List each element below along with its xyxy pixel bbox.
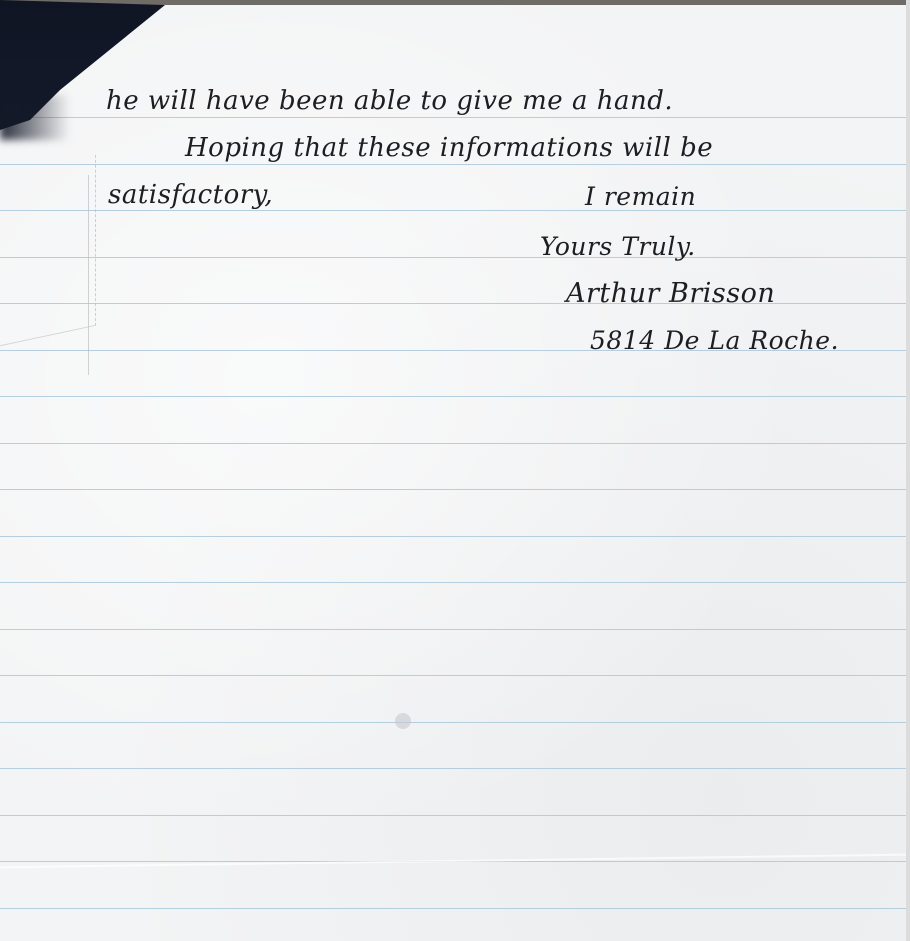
ruled-line xyxy=(0,210,906,211)
ruled-line xyxy=(0,722,906,723)
ruled-line xyxy=(0,815,906,816)
ruled-line xyxy=(0,675,906,676)
torn-edge xyxy=(0,155,96,346)
ruled-line xyxy=(0,908,906,909)
closing-valediction: Yours Truly. xyxy=(540,232,696,261)
corner-shadow-fade xyxy=(0,95,70,140)
letter-body-line-3: satisfactory, xyxy=(108,180,273,210)
ruled-line xyxy=(0,582,906,583)
ruled-line xyxy=(0,768,906,769)
letter-body-line-1: he will have been able to give me a hand… xyxy=(106,86,673,116)
ruled-line xyxy=(0,489,906,490)
closing-remain: I remain xyxy=(585,182,696,211)
ruled-line xyxy=(0,117,906,118)
signature: Arthur Brisson xyxy=(566,278,775,309)
ruled-line xyxy=(0,536,906,537)
paper-right-edge xyxy=(906,0,910,941)
ruled-line xyxy=(0,164,906,165)
ruled-line xyxy=(0,257,906,258)
ruled-line xyxy=(0,443,906,444)
paper-stain xyxy=(395,713,411,729)
ruled-line xyxy=(0,629,906,630)
letter-body-line-2: Hoping that these informations will be xyxy=(185,133,713,163)
sender-address: 5814 De La Roche. xyxy=(590,326,839,355)
ruled-line xyxy=(0,396,906,397)
